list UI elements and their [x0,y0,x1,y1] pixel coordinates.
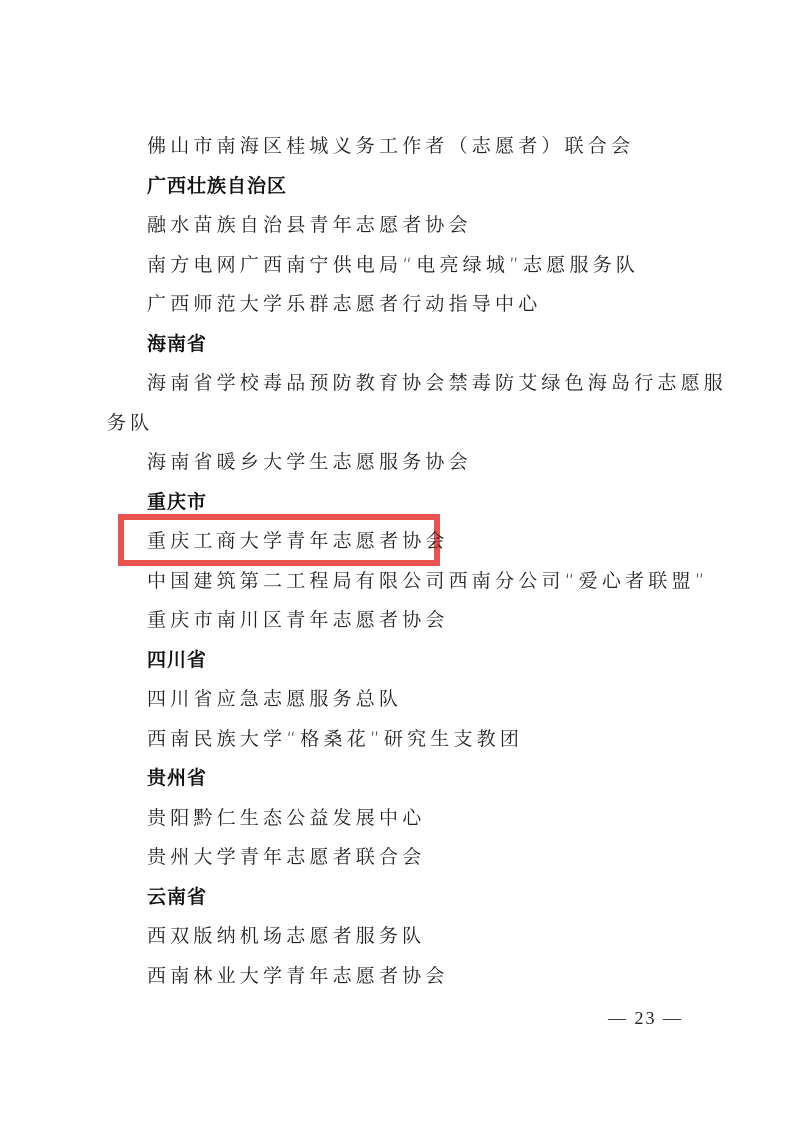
list-item: 贵阳黔仁生态公益发展中心 [147,806,425,830]
list-item: 四川省应急志愿服务总队 [147,687,402,711]
page-number: — 23 — [608,1008,683,1029]
list-item: 融水苗族自治县青年志愿者协会 [147,213,472,237]
list-item: 海南省暖乡大学生志愿服务协会 [147,450,472,474]
region-heading: 海南省 [147,332,207,356]
list-item: 重庆市南川区青年志愿者协会 [147,608,449,632]
document-page: 佛山市南海区桂城义务工作者（志愿者）联合会 广西壮族自治区 融水苗族自治县青年志… [0,0,793,1122]
region-heading: 重庆市 [147,490,207,514]
highlighted-list-item: 重庆工商大学青年志愿者协会 [147,529,449,553]
list-item-continuation: 务队 [107,411,153,435]
list-item: 广西师范大学乐群志愿者行动指导中心 [147,292,541,316]
region-heading: 广西壮族自治区 [147,174,287,198]
list-item: 海南省学校毒品预防教育协会禁毒防艾绿色海岛行志愿服 [147,371,727,395]
list-item: 西南林业大学青年志愿者协会 [147,964,449,988]
list-item: 中国建筑第二工程局有限公司西南分公司“爱心者联盟” [147,569,709,593]
list-item: 西双版纳机场志愿者服务队 [147,924,425,948]
region-heading: 贵州省 [147,766,207,790]
region-heading: 四川省 [147,648,207,672]
list-item: 西南民族大学“格桑花”研究生支教团 [147,727,523,751]
list-item: 贵州大学青年志愿者联合会 [147,845,425,869]
region-heading: 云南省 [147,885,207,909]
list-item: 佛山市南海区桂城义务工作者（志愿者）联合会 [147,134,634,158]
list-item: 南方电网广西南宁供电局“电亮绿城”志愿服务队 [147,253,639,277]
